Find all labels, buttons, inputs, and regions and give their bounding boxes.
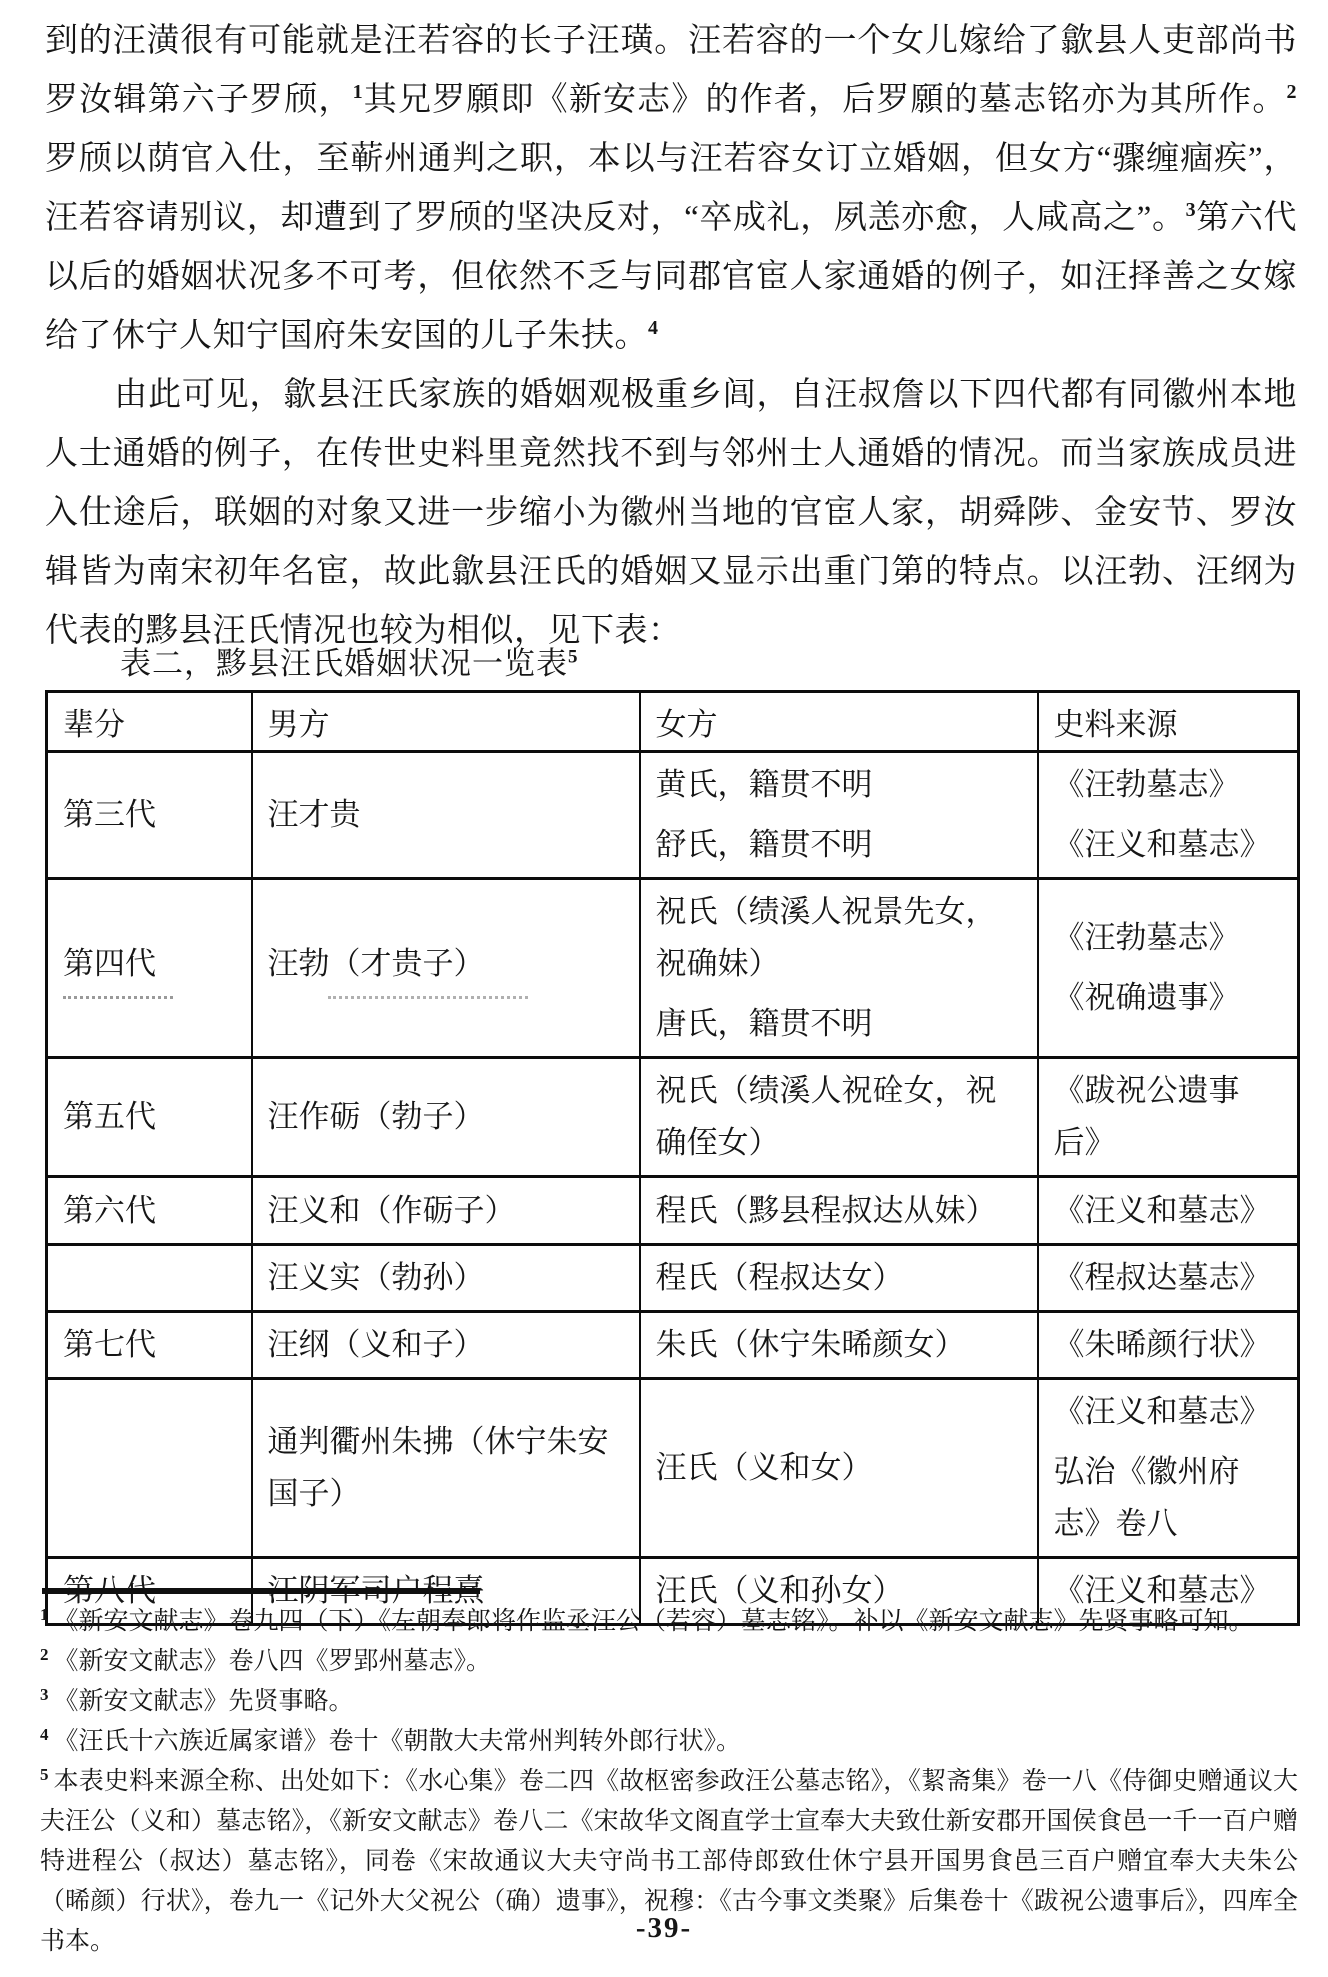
male-cell: 汪纲（义和子） (252, 1312, 640, 1379)
table-row: 第六代汪义和（作砺子）程氏（黟县程叔达从妹）《汪义和墓志》 (47, 1177, 1299, 1245)
footnote-ref-4: 4 (648, 317, 659, 339)
cell-entry: 汪作砺（勃子） (268, 1091, 624, 1143)
cell-entry: 《朱晞颜行状》 (1054, 1319, 1283, 1371)
cell-entry: 唐氏，籍贯不明 (656, 998, 1022, 1050)
generation-cell: 第六代 (47, 1177, 252, 1245)
cell-entry: 汪纲（义和子） (268, 1319, 624, 1371)
footnote-item: 1《新安文献志》卷九四（下）《左朝奉郎将作监丞汪公（若容）墓志铭》。补以《新安文… (40, 1602, 1298, 1642)
female-cell: 祝氏（绩溪人祝景先女，祝确妹）唐氏，籍贯不明 (640, 879, 1038, 1058)
cell-entry: 舒氏，籍贯不明 (656, 819, 1022, 871)
male-cell: 汪义和（作砺子） (252, 1177, 640, 1245)
footnote-number: 1 (40, 1605, 49, 1624)
table-row: 第七代汪纲（义和子）朱氏（休宁朱晞颜女）《朱晞颜行状》 (47, 1312, 1299, 1379)
footnote-list: 1《新安文献志》卷九四（下）《左朝奉郎将作监丞汪公（若容）墓志铭》。补以《新安文… (40, 1602, 1298, 1962)
footnote-separator (42, 1588, 480, 1594)
cell-entry: 《汪勃墓志》 (1054, 912, 1283, 964)
female-cell: 黄氏，籍贯不明舒氏，籍贯不明 (640, 752, 1038, 879)
table-row: 第四代汪勃（才贵子）祝氏（绩溪人祝景先女，祝确妹）唐氏，籍贯不明《汪勃墓志》《祝… (47, 879, 1299, 1058)
cell-entry: 汪义和（作砺子） (268, 1185, 624, 1237)
cell-entry: 程氏（黟县程叔达从妹） (656, 1185, 1022, 1237)
source-cell: 《朱晞颜行状》 (1038, 1312, 1299, 1379)
cell-entry: 第五代 (63, 1091, 236, 1143)
female-cell: 朱氏（休宁朱晞颜女） (640, 1312, 1038, 1379)
paragraph-1-text-3: 罗颀以荫官入仕，至蕲州通判之职，本以与汪若容女订立婚姻，但女方“骤缠痼疾”，汪若… (45, 141, 1297, 236)
cell-entry: 第三代 (63, 789, 236, 841)
cell-entry: 第七代 (63, 1319, 236, 1371)
footnote-item: 4《汪氏十六族近属家谱》卷十《朝散大夫常州判转外郎行状》。 (40, 1722, 1298, 1762)
footnotes-section: 1《新安文献志》卷九四（下）《左朝奉郎将作监丞汪公（若容）墓志铭》。补以《新安文… (40, 1588, 1298, 1962)
generation-cell (47, 1245, 252, 1312)
male-cell: 汪义实（勃孙） (252, 1245, 640, 1312)
footnote-item: 2《新安文献志》卷八四《罗郢州墓志》。 (40, 1642, 1298, 1682)
generation-cell: 第四代 (47, 879, 252, 1058)
cell-entry: 《汪勃墓志》 (1054, 759, 1283, 811)
column-header: 辈分 (47, 692, 252, 752)
female-cell: 程氏（程叔达女） (640, 1245, 1038, 1312)
footnote-number: 3 (40, 1685, 49, 1704)
male-cell: 汪作砺（勃子） (252, 1058, 640, 1177)
footnote-ref-2: 2 (1287, 81, 1298, 103)
footnote-ref-3: 3 (1186, 199, 1197, 221)
paragraph-1-text-2: 其兄罗願即《新安志》的作者，后罗願的墓志铭亦为其所作。 (363, 82, 1286, 118)
cell-entry: 第四代 (63, 938, 236, 990)
paragraph-1: 到的汪潢很有可能就是汪若容的长子汪璜。汪若容的一个女儿嫁给了歙县人吏部尚书罗汝辑… (45, 12, 1297, 366)
cell-entry: 第六代 (63, 1185, 236, 1237)
generation-cell: 第三代 (47, 752, 252, 879)
page-number: -39- (0, 1912, 1328, 1945)
footnote-text: 《新安文献志》卷九四（下）《左朝奉郎将作监丞汪公（若容）墓志铭》。补以《新安文献… (54, 1608, 1254, 1635)
male-cell: 通判衢州朱拂（休宁朱安国子） (252, 1379, 640, 1558)
table-caption: 表二，黟县汪氏婚姻状况一览表5 (120, 638, 579, 683)
column-header: 史料来源 (1038, 692, 1299, 752)
cell-entry: 《汪义和墓志》 (1054, 1386, 1283, 1438)
footnote-ref-1: 1 (353, 81, 364, 103)
source-cell: 《汪勃墓志》《祝确遗事》 (1038, 879, 1299, 1058)
table-header-row: 辈分男方女方史料来源 (47, 692, 1299, 752)
male-cell: 汪才贵 (252, 752, 640, 879)
cell-entry: 《程叔达墓志》 (1054, 1252, 1283, 1304)
footnote-text: 《新安文献志》卷八四《罗郢州墓志》。 (54, 1648, 492, 1675)
source-cell: 《跋祝公遗事后》 (1038, 1058, 1299, 1177)
cell-entry: 汪氏（义和女） (656, 1442, 1022, 1494)
column-header: 男方 (252, 692, 640, 752)
cell-entry: 祝氏（绩溪人祝硂女，祝确侄女） (656, 1065, 1022, 1169)
cell-entry: 朱氏（休宁朱晞颜女） (656, 1319, 1022, 1371)
body-text: 到的汪潢很有可能就是汪若容的长子汪璜。汪若容的一个女儿嫁给了歙县人吏部尚书罗汝辑… (45, 12, 1297, 661)
cell-entry: 黄氏，籍贯不明 (656, 759, 1022, 811)
footnote-number: 2 (40, 1645, 49, 1664)
cell-entry: 《汪义和墓志》 (1054, 1185, 1283, 1237)
cell-entry: 《祝确遗事》 (1054, 972, 1283, 1024)
table-row: 第三代汪才贵黄氏，籍贯不明舒氏，籍贯不明《汪勃墓志》《汪义和墓志》 (47, 752, 1299, 879)
footnote-number: 4 (40, 1725, 49, 1744)
female-cell: 汪氏（义和女） (640, 1379, 1038, 1558)
table-row: 汪义实（勃孙）程氏（程叔达女）《程叔达墓志》 (47, 1245, 1299, 1312)
cell-entry: 《汪义和墓志》 (1054, 819, 1283, 871)
generation-cell: 第七代 (47, 1312, 252, 1379)
document-page: 到的汪潢很有可能就是汪若容的长子汪璜。汪若容的一个女儿嫁给了歙县人吏部尚书罗汝辑… (0, 0, 1328, 1977)
column-header: 女方 (640, 692, 1038, 752)
table-caption-text: 表二，黟县汪氏婚姻状况一览表 (120, 646, 568, 681)
male-cell: 汪勃（才贵子） (252, 879, 640, 1058)
generation-cell: 第五代 (47, 1058, 252, 1177)
female-cell: 程氏（黟县程叔达从妹） (640, 1177, 1038, 1245)
cell-entry: 《跋祝公遗事后》 (1054, 1065, 1283, 1169)
footnote-text: 《新安文献志》先贤事略。 (54, 1688, 354, 1715)
female-cell: 祝氏（绩溪人祝硂女，祝确侄女） (640, 1058, 1038, 1177)
table-row: 通判衢州朱拂（休宁朱安国子）汪氏（义和女）《汪义和墓志》弘治《徽州府志》卷八 (47, 1379, 1299, 1558)
generation-cell (47, 1379, 252, 1558)
cell-entry: 汪勃（才贵子） (268, 938, 624, 990)
cell-entry: 程氏（程叔达女） (656, 1252, 1022, 1304)
marriage-status-table: 辈分男方女方史料来源 第三代汪才贵黄氏，籍贯不明舒氏，籍贯不明《汪勃墓志》《汪义… (45, 690, 1300, 1626)
footnote-text: 《汪氏十六族近属家谱》卷十《朝散大夫常州判转外郎行状》。 (54, 1728, 742, 1755)
source-cell: 《程叔达墓志》 (1038, 1245, 1299, 1312)
footnote-number: 5 (40, 1765, 49, 1784)
cell-entry: 汪义实（勃孙） (268, 1252, 624, 1304)
footnote-item: 3《新安文献志》先贤事略。 (40, 1682, 1298, 1722)
table-row: 第五代汪作砺（勃子）祝氏（绩溪人祝硂女，祝确侄女）《跋祝公遗事后》 (47, 1058, 1299, 1177)
cell-entry: 通判衢州朱拂（休宁朱安国子） (268, 1416, 624, 1520)
footnote-ref-5: 5 (568, 647, 579, 668)
cell-entry: 汪才贵 (268, 789, 624, 841)
source-cell: 《汪义和墓志》 (1038, 1177, 1299, 1245)
cell-entry: 弘治《徽州府志》卷八 (1054, 1446, 1283, 1550)
source-cell: 《汪勃墓志》《汪义和墓志》 (1038, 752, 1299, 879)
source-cell: 《汪义和墓志》弘治《徽州府志》卷八 (1038, 1379, 1299, 1558)
paragraph-2: 由此可见，歙县汪氏家族的婚姻观极重乡闾，自汪叔詹以下四代都有同徽州本地人士通婚的… (45, 366, 1297, 661)
cell-entry: 祝氏（绩溪人祝景先女，祝确妹） (656, 886, 1022, 990)
